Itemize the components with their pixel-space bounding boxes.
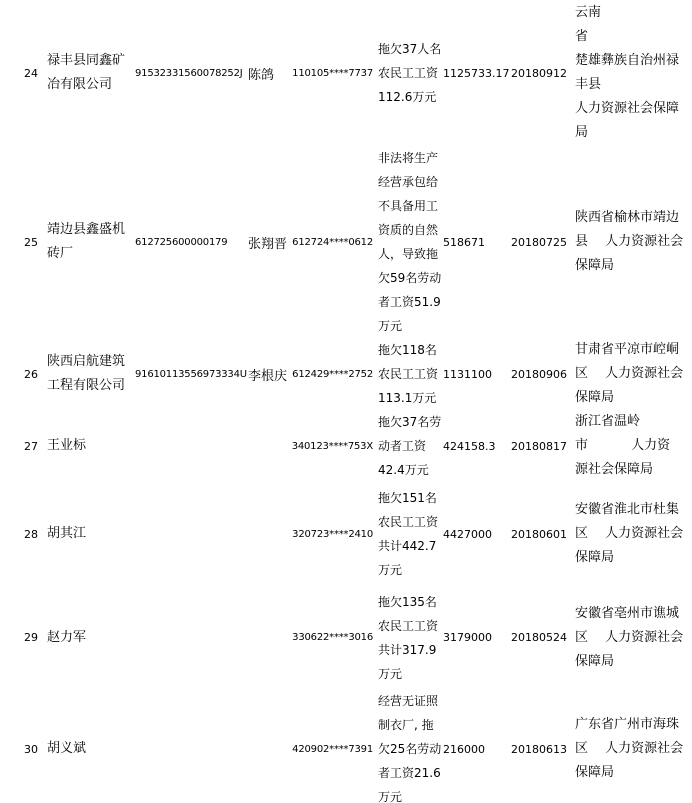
cell-legal-person: 陈鸽	[245, 0, 284, 146]
cell-credit-code	[135, 482, 245, 586]
cell-amount: 3179000	[443, 586, 510, 689]
cell-amount: 1131100	[443, 338, 510, 410]
cell-id-number: 612429****2752	[284, 338, 373, 410]
cell-authority: 安徽省亳州市谯城 区 人力资源社会 保障局	[567, 586, 692, 689]
table-row: 28 胡其江 320723****2410 拖欠151名 农民工工资 共计442…	[0, 482, 692, 586]
cell-legal-person	[245, 586, 284, 689]
cell-row-number: 25	[0, 146, 47, 338]
table-row: 29 赵力军 330622****3016 拖欠135名 农民工工资 共计317…	[0, 586, 692, 689]
cell-authority: 甘肃省平凉市崆峒 区 人力资源社会 保障局	[567, 338, 692, 410]
cell-legal-person	[245, 689, 284, 803]
cell-legal-person	[245, 410, 284, 482]
cell-row-number: 28	[0, 482, 47, 586]
cell-authority: 云南 省 楚雄彝族自治州禄 丰县 人力资源社会保障 局	[567, 0, 692, 146]
cell-employer-name: 禄丰县同鑫矿 冶有限公司	[47, 0, 135, 146]
cell-authority: 安徽省淮北市杜集 区 人力资源社会 保障局	[567, 482, 692, 586]
cell-employer-name: 靖边县鑫盛机 砖厂	[47, 146, 135, 338]
cell-authority: 陕西省榆林市靖边 县 人力资源社会 保障局	[567, 146, 692, 338]
cell-violation: 经营无证照 制衣厂, 拖 欠25名劳动 者工资21.6 万元	[373, 689, 443, 803]
cell-legal-person: 张翔晋	[245, 146, 284, 338]
cell-amount: 216000	[443, 689, 510, 803]
cell-violation: 拖欠151名 农民工工资 共计442.7 万元	[373, 482, 443, 586]
cell-violation: 拖欠37人名 农民工工资 112.6万元	[373, 0, 443, 146]
wage-arrears-table: 24 禄丰县同鑫矿 冶有限公司 91532331560078252J 陈鸽 11…	[0, 0, 692, 803]
cell-id-number: 110105****7737	[284, 0, 373, 146]
cell-row-number: 24	[0, 0, 47, 146]
cell-violation: 拖欠118名 农民工工资 113.1万元	[373, 338, 443, 410]
cell-authority: 广东省广州市海珠 区 人力资源社会 保障局	[567, 689, 692, 803]
cell-row-number: 30	[0, 689, 47, 803]
cell-amount: 518671	[443, 146, 510, 338]
cell-id-number: 420902****7391	[284, 689, 373, 803]
cell-authority: 浙江省温岭 市 人力资 源社会保障局	[567, 410, 692, 482]
cell-violation: 非法将生产 经营承包给 不具备用工 资质的自然 人，导致拖 欠59名劳动 者工资…	[373, 146, 443, 338]
cell-violation: 拖欠37名劳 动者工资 42.4万元	[373, 410, 443, 482]
table-row: 25 靖边县鑫盛机 砖厂 612725600000179 张翔晋 612724*…	[0, 146, 692, 338]
cell-date: 20180613	[510, 689, 567, 803]
cell-credit-code	[135, 410, 245, 482]
table-row: 26 陕西启航建筑 工程有限公司 91610113556973334U 李根庆 …	[0, 338, 692, 410]
cell-employer-name: 赵力军	[47, 586, 135, 689]
cell-row-number: 29	[0, 586, 47, 689]
cell-id-number: 340123****753X	[284, 410, 373, 482]
cell-id-number: 330622****3016	[284, 586, 373, 689]
wage-arrears-blacklist-page: 24 禄丰县同鑫矿 冶有限公司 91532331560078252J 陈鸽 11…	[0, 0, 692, 803]
cell-credit-code	[135, 689, 245, 803]
cell-violation: 拖欠135名 农民工工资 共计317.9 万元	[373, 586, 443, 689]
cell-credit-code: 91610113556973334U	[135, 338, 245, 410]
cell-date: 20180906	[510, 338, 567, 410]
cell-amount: 4427000	[443, 482, 510, 586]
cell-legal-person	[245, 482, 284, 586]
cell-date: 20180817	[510, 410, 567, 482]
cell-credit-code: 91532331560078252J	[135, 0, 245, 146]
cell-date: 20180912	[510, 0, 567, 146]
cell-row-number: 26	[0, 338, 47, 410]
cell-legal-person: 李根庆	[245, 338, 284, 410]
cell-credit-code: 612725600000179	[135, 146, 245, 338]
table-row: 24 禄丰县同鑫矿 冶有限公司 91532331560078252J 陈鸽 11…	[0, 0, 692, 146]
cell-employer-name: 王业标	[47, 410, 135, 482]
cell-id-number: 320723****2410	[284, 482, 373, 586]
cell-employer-name: 胡义斌	[47, 689, 135, 803]
cell-date: 20180524	[510, 586, 567, 689]
cell-employer-name: 胡其江	[47, 482, 135, 586]
cell-date: 20180601	[510, 482, 567, 586]
table-row: 30 胡义斌 420902****7391 经营无证照 制衣厂, 拖 欠25名劳…	[0, 689, 692, 803]
cell-amount: 1125733.17	[443, 0, 510, 146]
table-row: 27 王业标 340123****753X 拖欠37名劳 动者工资 42.4万元…	[0, 410, 692, 482]
cell-credit-code	[135, 586, 245, 689]
cell-id-number: 612724****0612	[284, 146, 373, 338]
cell-employer-name: 陕西启航建筑 工程有限公司	[47, 338, 135, 410]
cell-date: 20180725	[510, 146, 567, 338]
cell-row-number: 27	[0, 410, 47, 482]
cell-amount: 424158.3	[443, 410, 510, 482]
